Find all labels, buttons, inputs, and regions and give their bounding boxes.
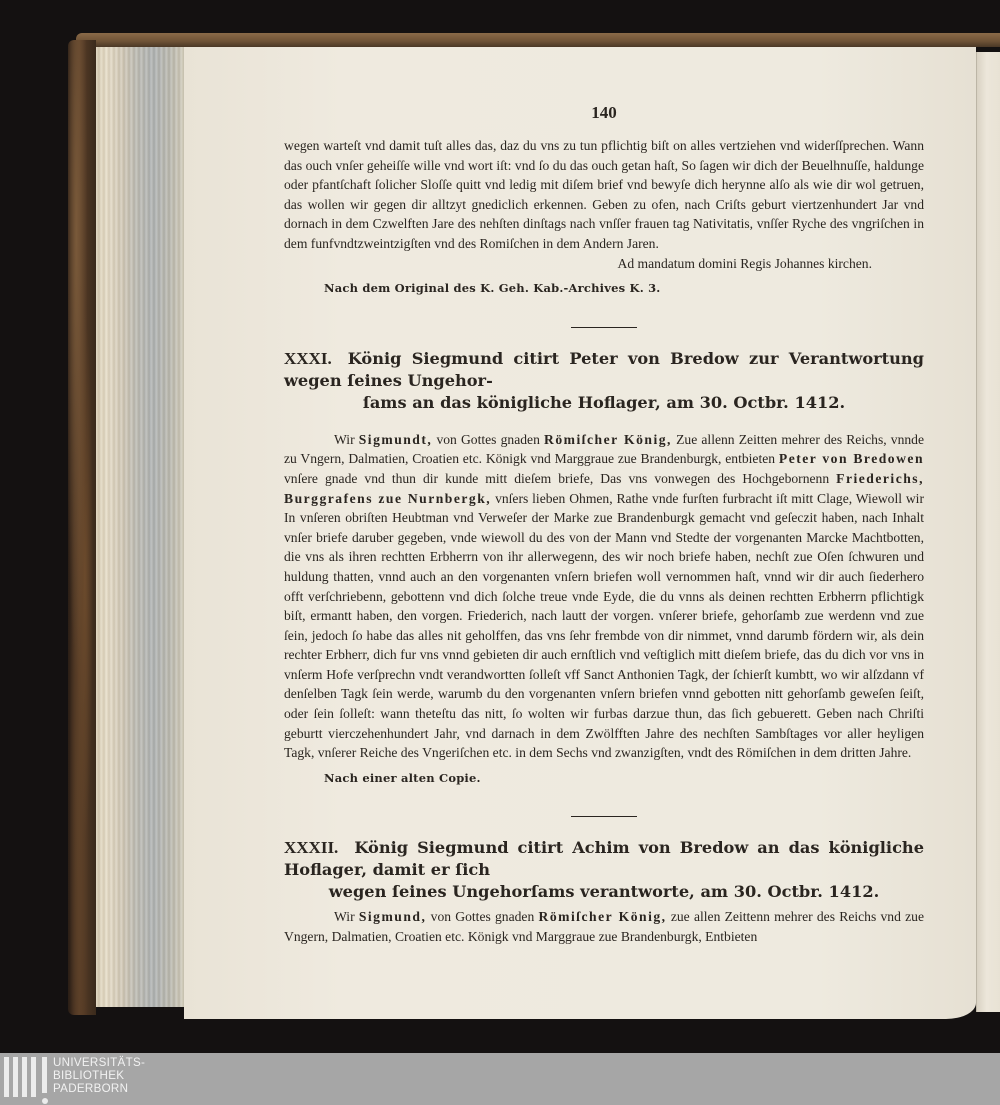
section-body-xxxi: Wir Sigmundt, von Gottes gnaden Römiſche… <box>284 430 924 763</box>
book-cover-top-edge <box>76 33 1000 47</box>
section-numeral: XXXII. <box>284 838 338 857</box>
book-cover-marbled-spine <box>68 40 96 1015</box>
body-title: Römiſcher König, <box>544 432 672 447</box>
body-person-name: Peter von Bredowen <box>779 451 924 466</box>
page-number: 140 <box>284 100 924 126</box>
library-footer-bar: UNIVERSITÄTS- BIBLIOTHEK PADERBORN <box>0 1053 1000 1105</box>
section-divider <box>571 816 637 817</box>
logo-line-1: UNIVERSITÄTS- <box>53 1056 145 1069</box>
heading-line-1: XXXI.König Siegmund citirt Peter von Bre… <box>284 348 924 392</box>
body-opening-word: Wir <box>334 432 355 447</box>
signature-line: Ad mandatum domini Regis Johannes kirche… <box>284 254 924 274</box>
heading-line-2: ſams an das königliche Hoflager, am 30. … <box>284 392 924 414</box>
logo-line-2: BIBLIOTHEK <box>53 1069 145 1082</box>
heading-line-2: wegen ſeines Ungehorſams verantworte, am… <box>284 881 924 903</box>
section-heading-xxxi: XXXI.König Siegmund citirt Peter von Bre… <box>284 348 924 414</box>
next-page-edge <box>976 52 1000 1012</box>
section-body-xxxii: Wir Sigmund, von Gottes gnaden Römiſcher… <box>284 907 924 946</box>
section-numeral: XXXI. <box>284 349 332 368</box>
source-note: Nach dem Original des K. Geh. Kab.-Archi… <box>324 279 924 299</box>
library-logo-text: UNIVERSITÄTS- BIBLIOTHEK PADERBORN <box>53 1056 145 1096</box>
body-text: von Gottes gnaden <box>431 909 535 924</box>
page-stack-edges <box>96 47 184 1007</box>
heading-title-part-1: König Siegmund citirt Peter von Bredow z… <box>284 349 924 390</box>
continuation-paragraph: wegen warteſt vnd damit tuſt alles das, … <box>284 136 924 254</box>
body-text: vnſere gnade vnd thun dir kunde mitt die… <box>284 471 829 486</box>
logo-line-3: PADERBORN <box>53 1082 145 1095</box>
body-name: Sigmund, <box>359 909 427 924</box>
book-scan: 140 wegen warteſt vnd damit tuſt alles d… <box>0 0 1000 1053</box>
library-logo-icon <box>4 1057 48 1103</box>
section-heading-xxxii: XXXII.König Siegmund citirt Achim von Br… <box>284 837 924 903</box>
body-text: von Gottes gnaden <box>436 432 539 447</box>
heading-line-1: XXXII.König Siegmund citirt Achim von Br… <box>284 837 924 881</box>
body-title: Römiſcher König, <box>539 909 667 924</box>
page-content: 140 wegen warteſt vnd damit tuſt alles d… <box>284 100 924 947</box>
body-text: vnſers lieben Ohmen, Rathe vnde furſten … <box>284 491 924 761</box>
source-note: Nach einer alten Copie. <box>324 769 924 789</box>
body-name: Sigmundt, <box>359 432 433 447</box>
body-opening-word: Wir <box>334 909 355 924</box>
heading-title-part-1: König Siegmund citirt Achim von Bredow a… <box>284 838 924 879</box>
section-divider <box>571 327 637 328</box>
